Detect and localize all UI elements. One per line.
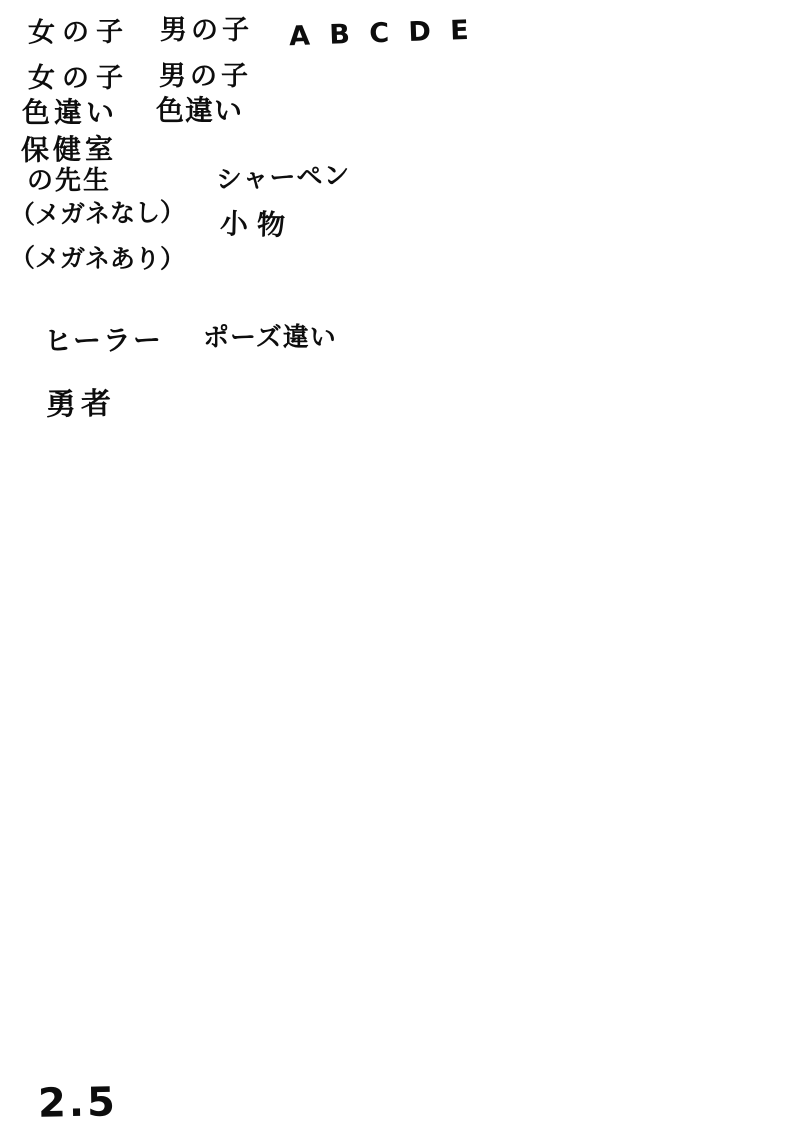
- label-healer: ヒーラー: [44, 326, 163, 355]
- page-number: 2.5: [38, 1082, 119, 1123]
- handwritten-index-page: 女の子 男の子 A B C D E 女の子 男の子 色違い 色違い 保健室 の先…: [0, 0, 800, 1145]
- label-girl-color-variant-line1: 女の子: [28, 65, 130, 92]
- label-alphabet-abcde: A B C D E: [289, 17, 475, 50]
- label-pose-variant: ポーズ違い: [203, 325, 337, 351]
- label-girl-color-variant-line2: 色違い: [22, 99, 118, 127]
- label-school-nurse-line2: の先生: [27, 168, 111, 194]
- label-hero: 勇者: [46, 389, 117, 420]
- label-mechanical-pencil: シャーペン: [216, 163, 351, 194]
- label-with-glasses: （メガネあり）: [10, 245, 185, 272]
- label-school-nurse-line1: 保健室: [21, 135, 117, 165]
- label-girl: 女の子: [28, 19, 130, 47]
- label-small-items: 小物: [220, 210, 295, 240]
- label-boy-color-variant-line1: 男の子: [159, 63, 252, 90]
- label-boy: 男の子: [160, 17, 253, 44]
- label-without-glasses: （メガネなし）: [10, 199, 185, 227]
- label-boy-color-variant-line2: 色違い: [156, 97, 243, 125]
